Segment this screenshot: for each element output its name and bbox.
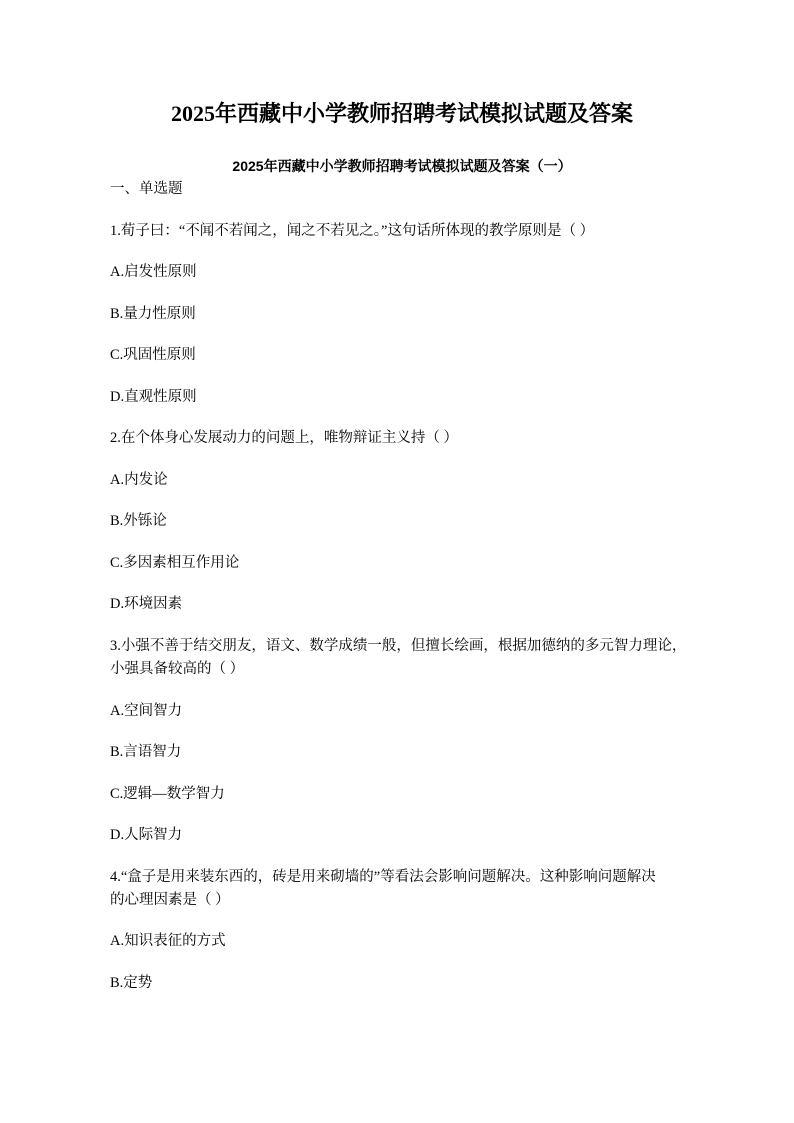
section-heading: 一、单选题 — [110, 178, 694, 201]
question-stem: 3.小强不善于结交朋友，语文、数学成绩一般，但擅长绘画，根据加德纳的多元智力理论… — [110, 635, 694, 682]
option-item: C.巩固性原则 — [110, 344, 694, 367]
option-item: C.多因素相互作用论 — [110, 552, 694, 575]
option-item: D.直观性原则 — [110, 386, 694, 409]
option-item: D.人际智力 — [110, 824, 694, 847]
option-item: A.启发性原则 — [110, 261, 694, 284]
option-item: B.言语智力 — [110, 741, 694, 764]
document-page: 2025年西藏中小学教师招聘考试模拟试题及答案 2025年西藏中小学教师招聘考试… — [0, 0, 794, 1123]
option-item: B.外铄论 — [110, 510, 694, 533]
option-item: B.量力性原则 — [110, 303, 694, 326]
option-item: C.逻辑—数学智力 — [110, 783, 694, 806]
question-stem: 2.在个体身心发展动力的问题上，唯物辩证主义持（ ） — [110, 427, 694, 450]
option-item: A.空间智力 — [110, 700, 694, 723]
question-stem: 4.“盒子是用来装东西的，砖是用来砌墙的”等看法会影响问题解决。这种影响问题解决… — [110, 866, 694, 913]
option-item: D.环境因素 — [110, 593, 694, 616]
option-item: B.定势 — [110, 972, 694, 995]
question-stem: 1.荀子曰：“不闻不若闻之，闻之不若见之。”这句话所体现的教学原则是（ ） — [110, 220, 694, 243]
document-title: 2025年西藏中小学教师招聘考试模拟试题及答案 — [110, 99, 694, 129]
option-item: A.知识表征的方式 — [110, 930, 694, 953]
option-item: A.内发论 — [110, 469, 694, 492]
document-subtitle: 2025年西藏中小学教师招聘考试模拟试题及答案（一） — [110, 155, 694, 178]
